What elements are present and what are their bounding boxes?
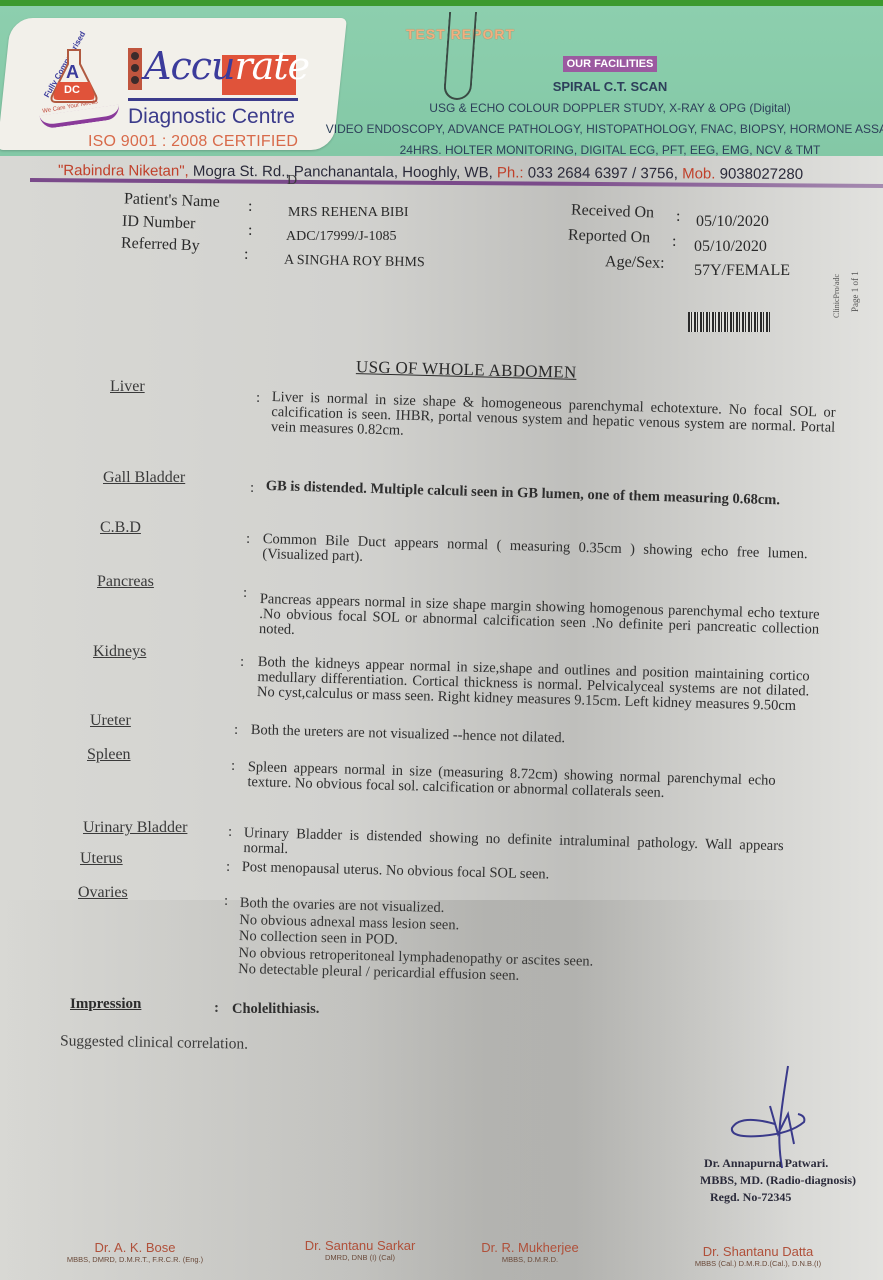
footer-doctor: Dr. Shantanu Datta MBBS (Cal.) D.M.R.D.(…: [668, 1244, 848, 1268]
phone-number: 033 2684 6397 / 3756,: [524, 164, 683, 182]
section-text-kidneys: Both the kidneys appear normal in size,s…: [257, 655, 810, 714]
colon: :: [224, 893, 228, 910]
footer-doctor-name: Dr. R. Mukherjee: [470, 1240, 590, 1255]
brand-underline: [128, 98, 298, 101]
referred-by-label: Referred By: [121, 235, 200, 256]
age-sex: 57Y/FEMALE: [694, 262, 790, 280]
brand-prefix: Accu: [144, 44, 234, 88]
reported-on-label: Reported On: [568, 227, 651, 248]
received-on-label: Received On: [571, 202, 655, 223]
section-label-kidneys: Kidneys: [93, 643, 146, 661]
section-label-ovaries: Ovaries: [78, 884, 128, 902]
colon: :: [234, 722, 238, 739]
patient-name: MRS REHENA BIBI: [288, 205, 409, 221]
brand-subtitle: Diagnostic Centre: [128, 105, 295, 129]
logo-monogram-a: A: [66, 62, 79, 83]
colon: :: [246, 531, 250, 548]
mobile-number: 9038027280: [715, 165, 803, 182]
brand-mark: [128, 48, 142, 90]
footer-doctor: Dr. R. Mukherjee MBBS, D.M.R.D.: [470, 1240, 590, 1264]
age-sex-label: Age/Sex:: [605, 253, 665, 273]
facility-line: SPIRAL C.T. SCAN: [320, 76, 883, 98]
colon: :: [240, 654, 244, 671]
brand-name: Accurate: [144, 44, 309, 88]
facilities-badge: OUR FACILITIES: [563, 56, 658, 72]
footer-doctor-name: Dr. Santanu Sarkar: [290, 1238, 430, 1253]
colon: :: [228, 824, 232, 841]
footer-doctor-qual: DMRD, DNB (I) (Cal): [290, 1253, 430, 1262]
section-label-pancreas: Pancreas: [97, 573, 154, 591]
signatory-qualification: MBBS, MD. (Radio-diagnosis): [700, 1172, 856, 1189]
impression-text: Cholelithiasis.: [232, 1001, 319, 1018]
id-number-label: ID Number: [122, 213, 196, 234]
footer-doctor-qual: MBBS, DMRD, D.M.R.T., F.R.C.R. (Eng.): [40, 1255, 230, 1264]
suggestion-text: Suggested clinical correlation.: [60, 1032, 248, 1053]
colon: :: [248, 222, 252, 240]
patient-name-label: Patient's Name: [124, 190, 220, 211]
signatory-name: Dr. Annapurna Patwari.: [700, 1155, 856, 1172]
brand-suffix: rate: [234, 44, 309, 88]
section-text-spleen: Spleen appears normal in size (measuring…: [247, 760, 776, 804]
colon: :: [248, 198, 252, 216]
facility-line: VIDEO ENDOSCOPY, ADVANCE PATHOLOGY, HIST…: [320, 119, 883, 140]
footer-doctor: Dr. Santanu Sarkar DMRD, DNB (I) (Cal): [290, 1238, 430, 1262]
colon: :: [676, 208, 680, 226]
section-label-urinary-bladder: Urinary Bladder: [83, 819, 187, 837]
iso-certification: ISO 9001 : 2008 CERTIFIED: [88, 133, 298, 151]
colon: :: [244, 246, 248, 264]
reported-on: 05/10/2020: [694, 238, 767, 256]
section-label-liver: Liver: [110, 378, 145, 396]
section-label-gall-bladder: Gall Bladder: [103, 469, 185, 487]
signatory-block: Dr. Annapurna Patwari. MBBS, MD. (Radio-…: [700, 1155, 856, 1206]
colon: :: [214, 1000, 219, 1017]
colon: :: [231, 758, 235, 775]
footer-doctor-qual: MBBS, D.M.R.D.: [470, 1255, 590, 1264]
section-label-ureter: Ureter: [90, 712, 131, 730]
colon: :: [243, 585, 247, 602]
facility-line: 24HRS. HOLTER MONITORING, DIGITAL ECG, P…: [320, 140, 883, 161]
footer-doctor-name: Dr. A. K. Bose: [40, 1240, 230, 1255]
footer-doctor: Dr. A. K. Bose MBBS, DMRD, D.M.R.T., F.R…: [40, 1240, 230, 1264]
associate-code-value: D: [287, 173, 297, 189]
section-label-cbd: C.B.D: [100, 519, 141, 537]
logo-monogram-dc: DC: [64, 84, 80, 96]
footer-doctor-qual: MBBS (Cal.) D.M.R.D.(Cal.), D.N.B.(I): [668, 1259, 848, 1268]
software-tag: ClinicPro/adc: [832, 274, 841, 318]
section-text-cbd: Common Bile Duct appears normal ( measur…: [262, 532, 808, 577]
section-text-gall-bladder: GB is distended. Multiple calculi seen i…: [266, 479, 828, 510]
report-title: USG OF WHOLE ABDOMEN: [356, 357, 577, 383]
footer-doctor-name: Dr. Shantanu Datta: [668, 1244, 848, 1259]
colon: :: [256, 390, 260, 407]
facilities-block: OUR FACILITIES SPIRAL C.T. SCAN USG & EC…: [320, 54, 883, 161]
section-text-liver: Liver is normal in size shape & homogene…: [271, 390, 836, 451]
received-on: 05/10/2020: [696, 213, 769, 231]
logo-card: Fully Computerised Pathology A DC We Car…: [0, 18, 347, 150]
section-text-ovaries: Both the ovaries are not visualized. No …: [238, 895, 700, 989]
section-label-spleen: Spleen: [87, 746, 131, 764]
mobile-label: Mob.: [682, 165, 715, 182]
letterhead-header: Fully Computerised Pathology A DC We Car…: [0, 6, 883, 156]
phone-label: Ph.:: [497, 164, 524, 181]
address-place: "Rabindra Niketan",: [58, 162, 189, 180]
section-label-uterus: Uterus: [80, 850, 123, 868]
id-number: ADC/17999/J-1085: [286, 229, 396, 245]
impression-label: Impression: [70, 996, 141, 1013]
colon: :: [226, 859, 230, 876]
section-text-pancreas: Pancreas appears normal in size shape ma…: [259, 592, 820, 653]
section-text-ureter: Both the ureters are not visualized --he…: [251, 723, 651, 748]
signatory-regd: Regd. No-72345: [700, 1189, 856, 1206]
colon: :: [250, 480, 254, 497]
page-indicator: Page 1 of 1: [850, 271, 860, 312]
colon: :: [672, 233, 676, 251]
facility-line: USG & ECHO COLOUR DOPPLER STUDY, X-RAY &…: [320, 98, 883, 119]
barcode: [688, 312, 770, 332]
referred-by: A SINGHA ROY BHMS: [284, 253, 425, 271]
